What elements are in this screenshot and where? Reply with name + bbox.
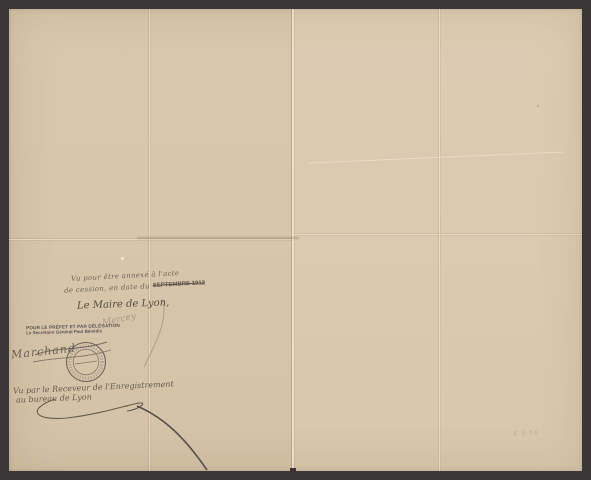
date-stamp: SEPTEMBRE 1912	[153, 280, 206, 289]
vertical-fold-right	[438, 9, 441, 471]
document-page: Vu pour être annexé à l'acte de cession,…	[9, 9, 582, 471]
paper-edge-notch	[290, 468, 296, 472]
prefecture-stamp: POUR LE PRÉFET ET PAR DÉLÉGATION Le Secr…	[26, 322, 125, 335]
secretary-signature: Marchand	[10, 342, 76, 362]
mayor-line: Le Maire de Lyon,	[77, 297, 170, 311]
handwritten-note-line2-text: de cession, en date du	[64, 282, 150, 294]
fold-smudge	[137, 237, 299, 239]
scanner-background: Vu pour être annexé à l'acte de cession,…	[0, 0, 591, 480]
pen-flourish	[144, 299, 164, 367]
paper-speck	[121, 257, 124, 260]
registration-line2: au bureau de Lyon	[16, 392, 92, 404]
horizontal-fold-right	[293, 233, 582, 236]
paper-speck	[537, 105, 539, 107]
